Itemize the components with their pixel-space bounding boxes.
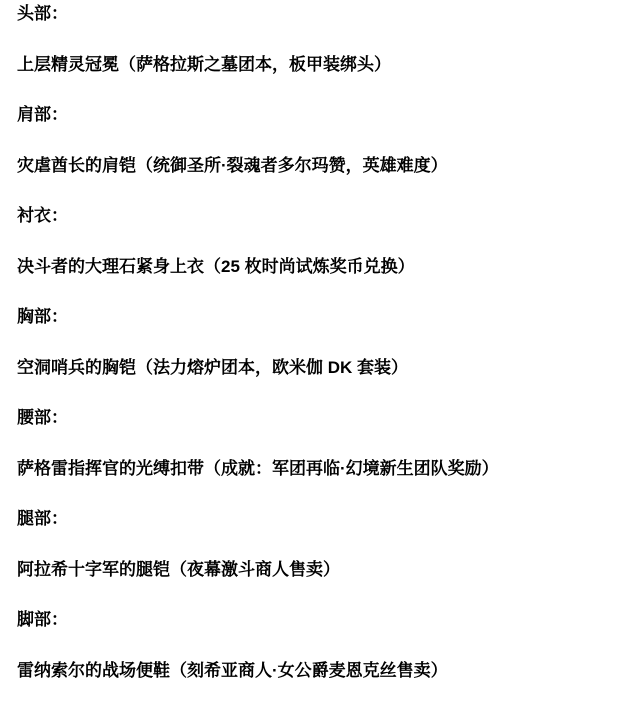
- slot-label-chest: 胸部：: [17, 308, 617, 326]
- item-line-head: 上层精灵冠冕（萨格拉斯之墓团本，板甲装绑头）: [17, 56, 617, 74]
- item-line-feet: 雷纳索尔的战场便鞋（刻希亚商人·女公爵麦恩克丝售卖）: [17, 662, 617, 680]
- item-line-shirt: 决斗者的大理石紧身上衣（25 枚时尚试炼奖币兑换）: [17, 258, 617, 276]
- slot-label-feet: 脚部：: [17, 611, 617, 629]
- slot-label-waist: 腰部：: [17, 409, 617, 427]
- slot-label-shoulder: 肩部：: [17, 106, 617, 124]
- item-line-shoulder: 灾虐酋长的肩铠（统御圣所·裂魂者多尔玛赞，英雄难度）: [17, 157, 617, 175]
- slot-label-shirt: 衬衣：: [17, 207, 617, 225]
- item-line-legs: 阿拉希十字军的腿铠（夜幕激斗商人售卖）: [17, 561, 617, 579]
- slot-label-legs: 腿部：: [17, 510, 617, 528]
- item-line-waist: 萨格雷指挥官的光缚扣带（成就：军团再临·幻境新生团队奖励）: [17, 460, 617, 478]
- slot-label-head: 头部：: [17, 5, 617, 23]
- item-line-chest: 空洞哨兵的胸铠（法力熔炉团本，欧米伽 DK 套装）: [17, 359, 617, 377]
- document-body: 头部： 上层精灵冠冕（萨格拉斯之墓团本，板甲装绑头） 肩部： 灾虐酋长的肩铠（统…: [0, 0, 627, 704]
